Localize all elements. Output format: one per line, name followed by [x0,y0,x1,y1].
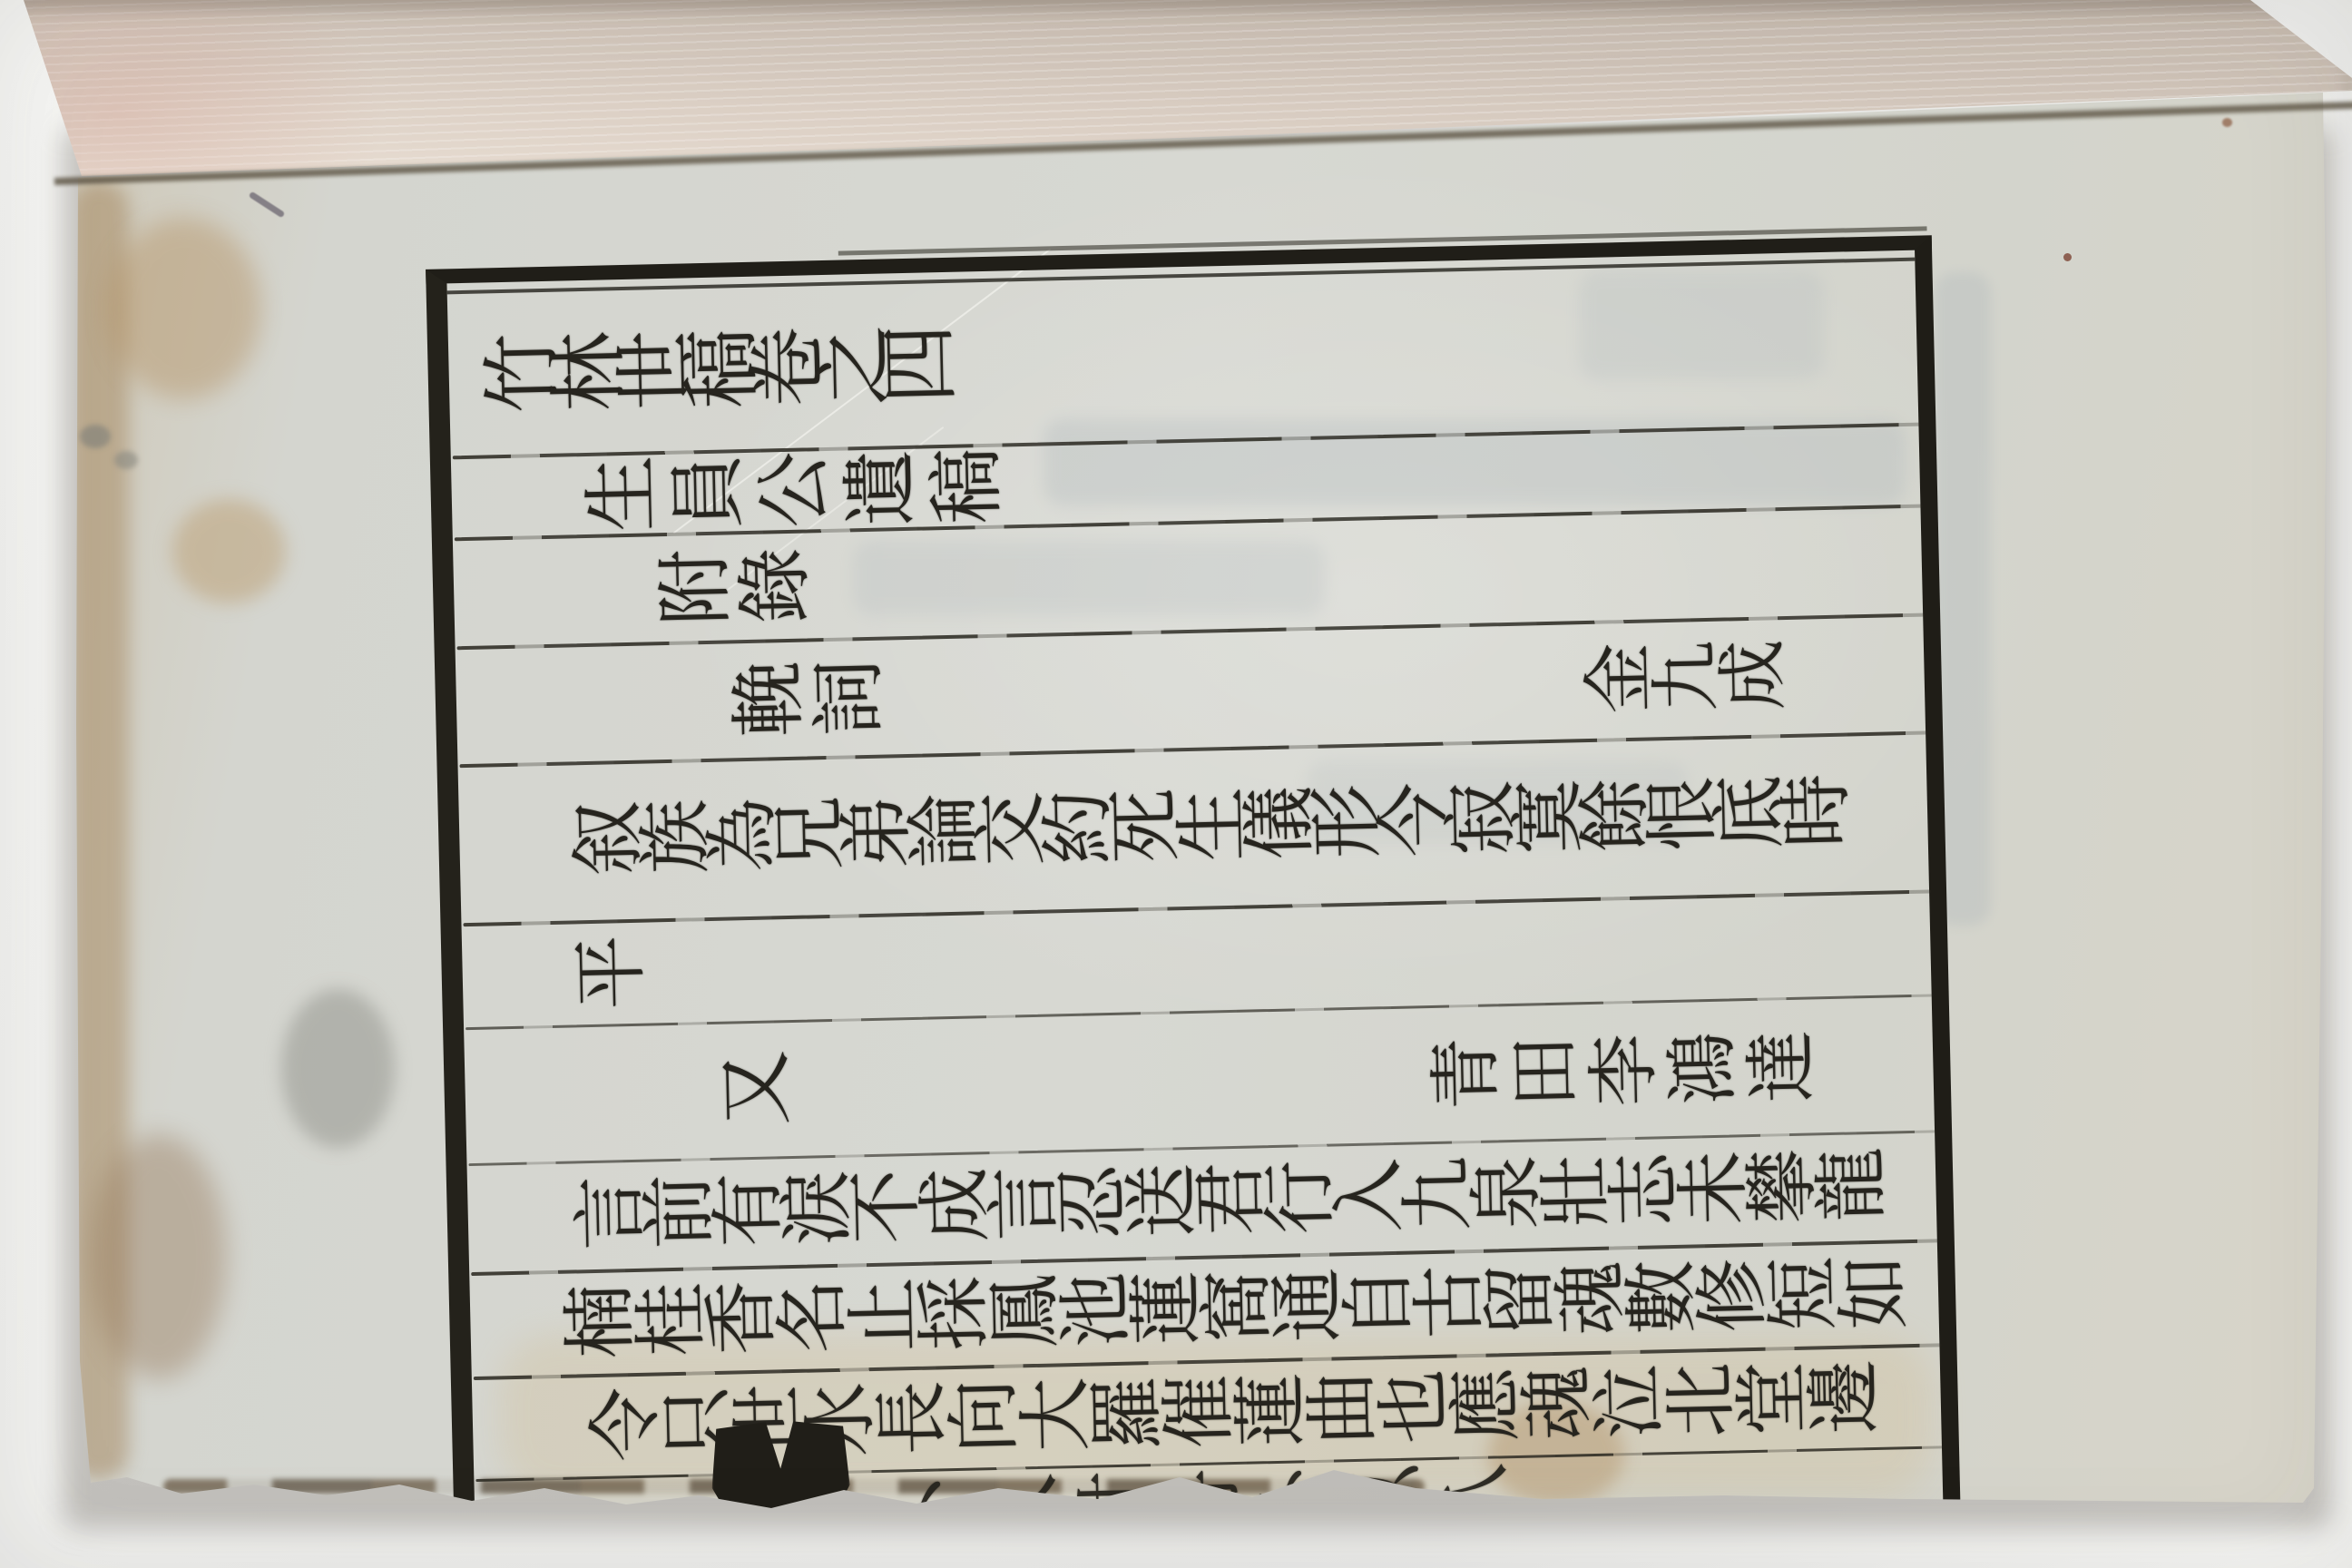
paper-speck [80,425,111,448]
glyph: 龍 [1815,1152,1891,1223]
book-page: 竹林世稿卷之四 生員公遺稿 附錄 輓詞 金九成 叙族為兄弟論交約死生儀形今寂寞餘… [0,0,2352,1568]
glyph: 田 [1508,1032,1583,1112]
glyph: 令 [589,1388,665,1462]
printed-border-frame: 竹林世稿卷之四 生員公遺稿 附錄 輓詞 金九成 叙族為兄弟論交約死生儀形今寂寞餘… [426,235,1961,1557]
glyph: 曲 [1305,1372,1381,1445]
glyph: 生 [583,450,661,538]
appendix-heading-column: 附錄 [654,534,816,638]
elegy-heading-column: 輓詞 [728,642,890,754]
glyph: 泣 [1592,1366,1668,1439]
glyph: 達 [1745,1026,1819,1107]
glyph: 催 [1162,1376,1239,1449]
glyph: 北 [1663,1364,1739,1437]
glyph: 輓 [730,659,808,740]
stain-blotch [172,499,286,603]
paper-speck [2222,118,2232,127]
glyph: 遺 [841,444,919,532]
glyph: 附 [656,546,734,628]
author-name: 青田李鴻達 [1426,1002,1823,1138]
glyph: 員 [669,447,747,535]
glyph: 應 [1448,1369,1524,1443]
glyph: 如 [1837,1258,1913,1330]
glyph: 羅 [1091,1377,1167,1451]
stain-blotch [107,218,261,399]
grey-smudge [281,989,395,1148]
glyph: 成 [1718,642,1790,711]
glyph: 鴻 [1666,1028,1740,1109]
glyph: 大 [1019,1379,1095,1453]
glyph: 青 [1429,1034,1504,1114]
glyph: 蓮 [1233,1374,1309,1447]
glyph: 稿 [927,442,1005,530]
glyph: 李 [1587,1030,1661,1111]
glyph: 詞 [809,657,887,739]
glyph: 公 [755,446,833,534]
section-title-column: 生員公遺稿 [578,448,1011,531]
glyph: 錄 [736,544,814,626]
volume-title-column: 竹林世稿卷之四 [488,299,955,452]
paper-speck [114,451,138,469]
glyph: 時 [1779,779,1856,848]
glyph: 長 [876,1382,952,1455]
glyph: 邊 [1807,1361,1883,1435]
glyph: 魂 [1520,1367,1596,1441]
poem-column: 平 [575,925,650,1022]
book-photograph: 竹林世稿卷之四 生員公遺稿 附錄 輓詞 金九成 叙族為兄弟論交約死生儀形今寂寞餘… [0,0,2352,1568]
glyph: 向 [947,1380,1024,1454]
poem-column: 叙族為兄弟論交約死生儀形今寂寞餘恨底時 [574,738,1853,916]
stain-blotch [91,1134,227,1379]
glyph: 四 [879,337,961,405]
glyph: 平 [574,936,651,1010]
glyph: 堂 [1735,1363,1811,1436]
pencil-mark [249,191,286,219]
author-name: 金九成 [1584,622,1788,735]
glyph: 也 [1377,1371,1453,1445]
glyph: 又 [717,1053,795,1127]
again-heading-column: 又 [718,1025,793,1154]
paper-speck [2063,253,2072,261]
